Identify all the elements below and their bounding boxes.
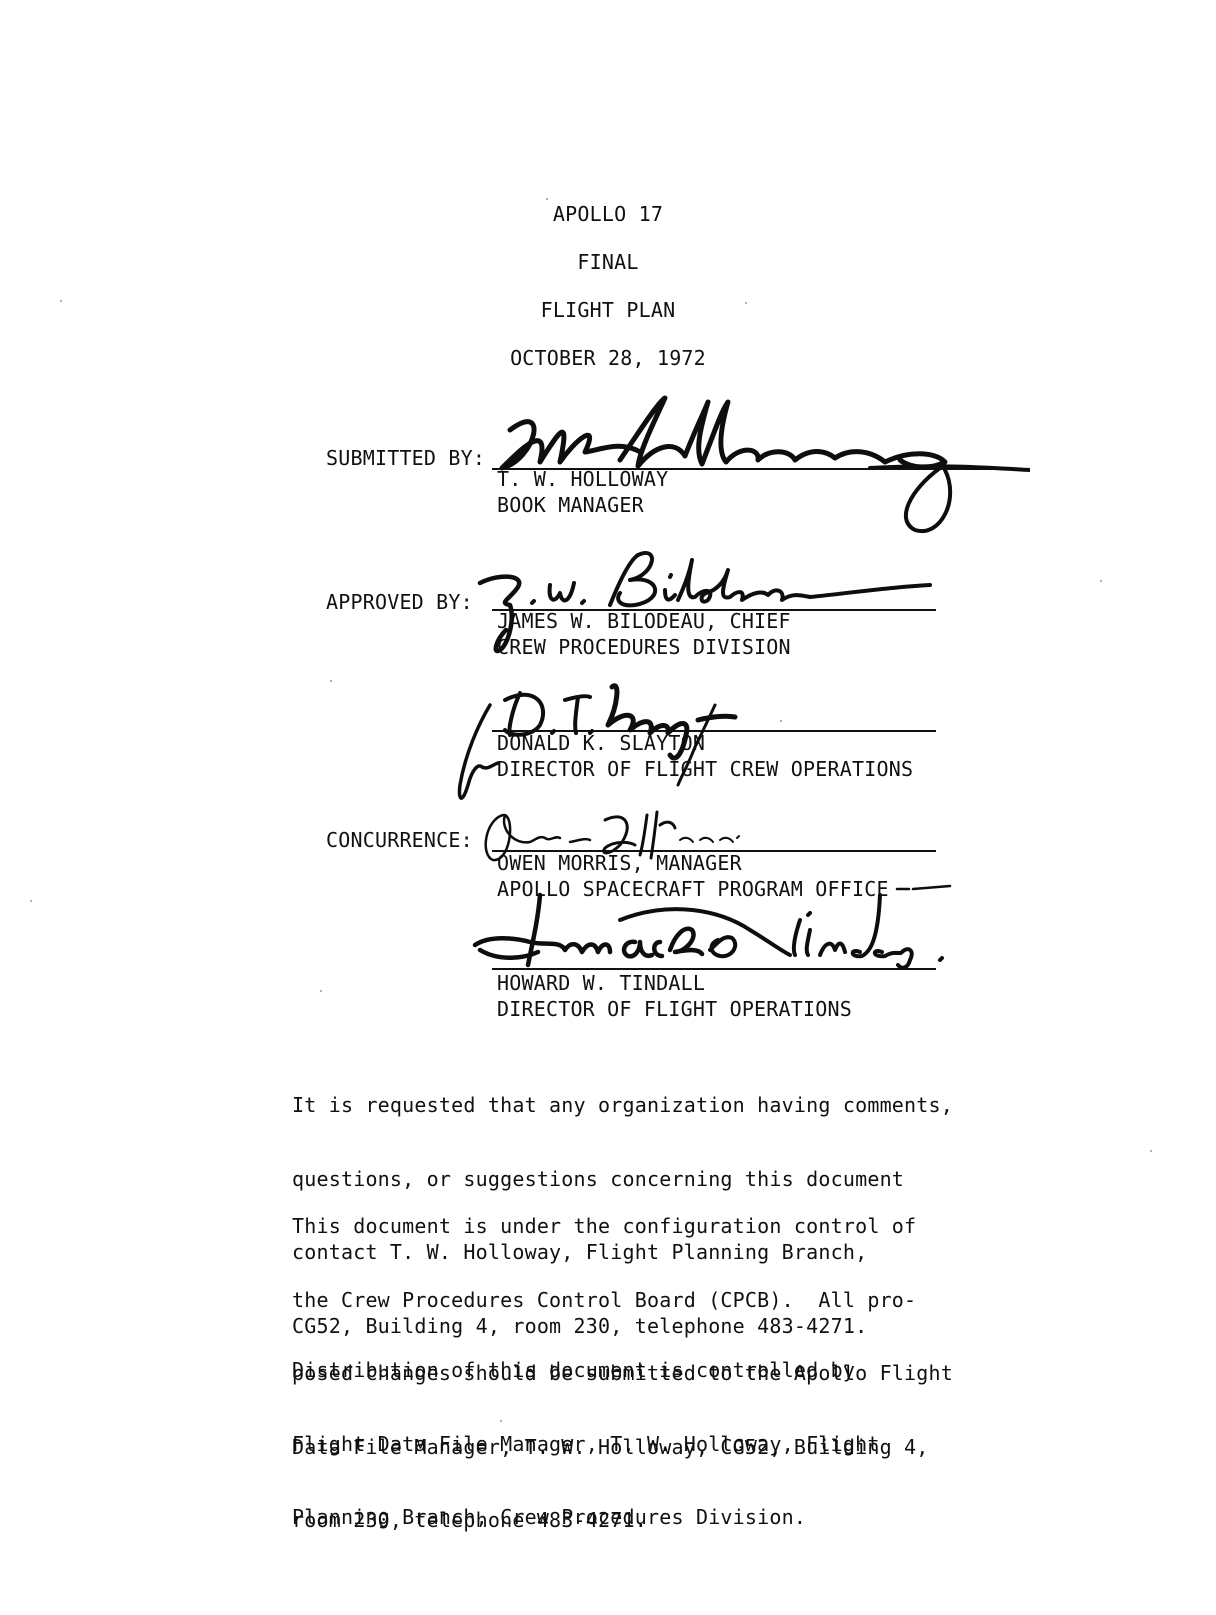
status-title: FINAL (0, 250, 1216, 274)
bilodeau-signature-icon (470, 545, 940, 660)
distribution-line: Flight Data File Manager, T. W. Holloway… (292, 1432, 992, 1457)
holloway-signature-icon (490, 390, 1030, 540)
document-page: APOLLO 17 FINAL FLIGHT PLAN OCTOBER 28, … (0, 0, 1216, 1615)
scan-speck (320, 990, 322, 992)
distribution-paragraph: Distribution of this document is control… (292, 1309, 992, 1579)
scan-speck (330, 680, 332, 682)
scan-speck (30, 900, 32, 902)
scan-speck (1150, 1150, 1152, 1152)
concurrence-label: CONCURRENCE: (326, 828, 473, 852)
morris-signature-icon (475, 800, 775, 880)
approved-by-label: APPROVED BY: (326, 590, 473, 614)
scan-speck (60, 300, 62, 302)
scan-speck (745, 302, 747, 304)
config-control-line: This document is under the configuration… (292, 1214, 992, 1239)
comments-line: It is requested that any organization ha… (292, 1093, 992, 1118)
program-title: APOLLO 17 (0, 202, 1216, 226)
scan-speck (546, 198, 548, 200)
concurrence-title-2: DIRECTOR OF FLIGHT OPERATIONS (497, 996, 852, 1022)
tindall-signature-icon (470, 880, 960, 980)
document-date: OCTOBER 28, 1972 (0, 346, 1216, 370)
scan-speck (780, 720, 782, 722)
scan-speck (1100, 580, 1102, 582)
distribution-line: Planning Branch, Crew Procedures Divisio… (292, 1505, 992, 1530)
submitted-by-label: SUBMITTED BY: (326, 446, 485, 470)
document-type-title: FLIGHT PLAN (0, 298, 1216, 322)
slayton-signature-icon (450, 675, 750, 810)
scan-speck (500, 1420, 502, 1422)
distribution-line: Distribution of this document is control… (292, 1358, 992, 1383)
